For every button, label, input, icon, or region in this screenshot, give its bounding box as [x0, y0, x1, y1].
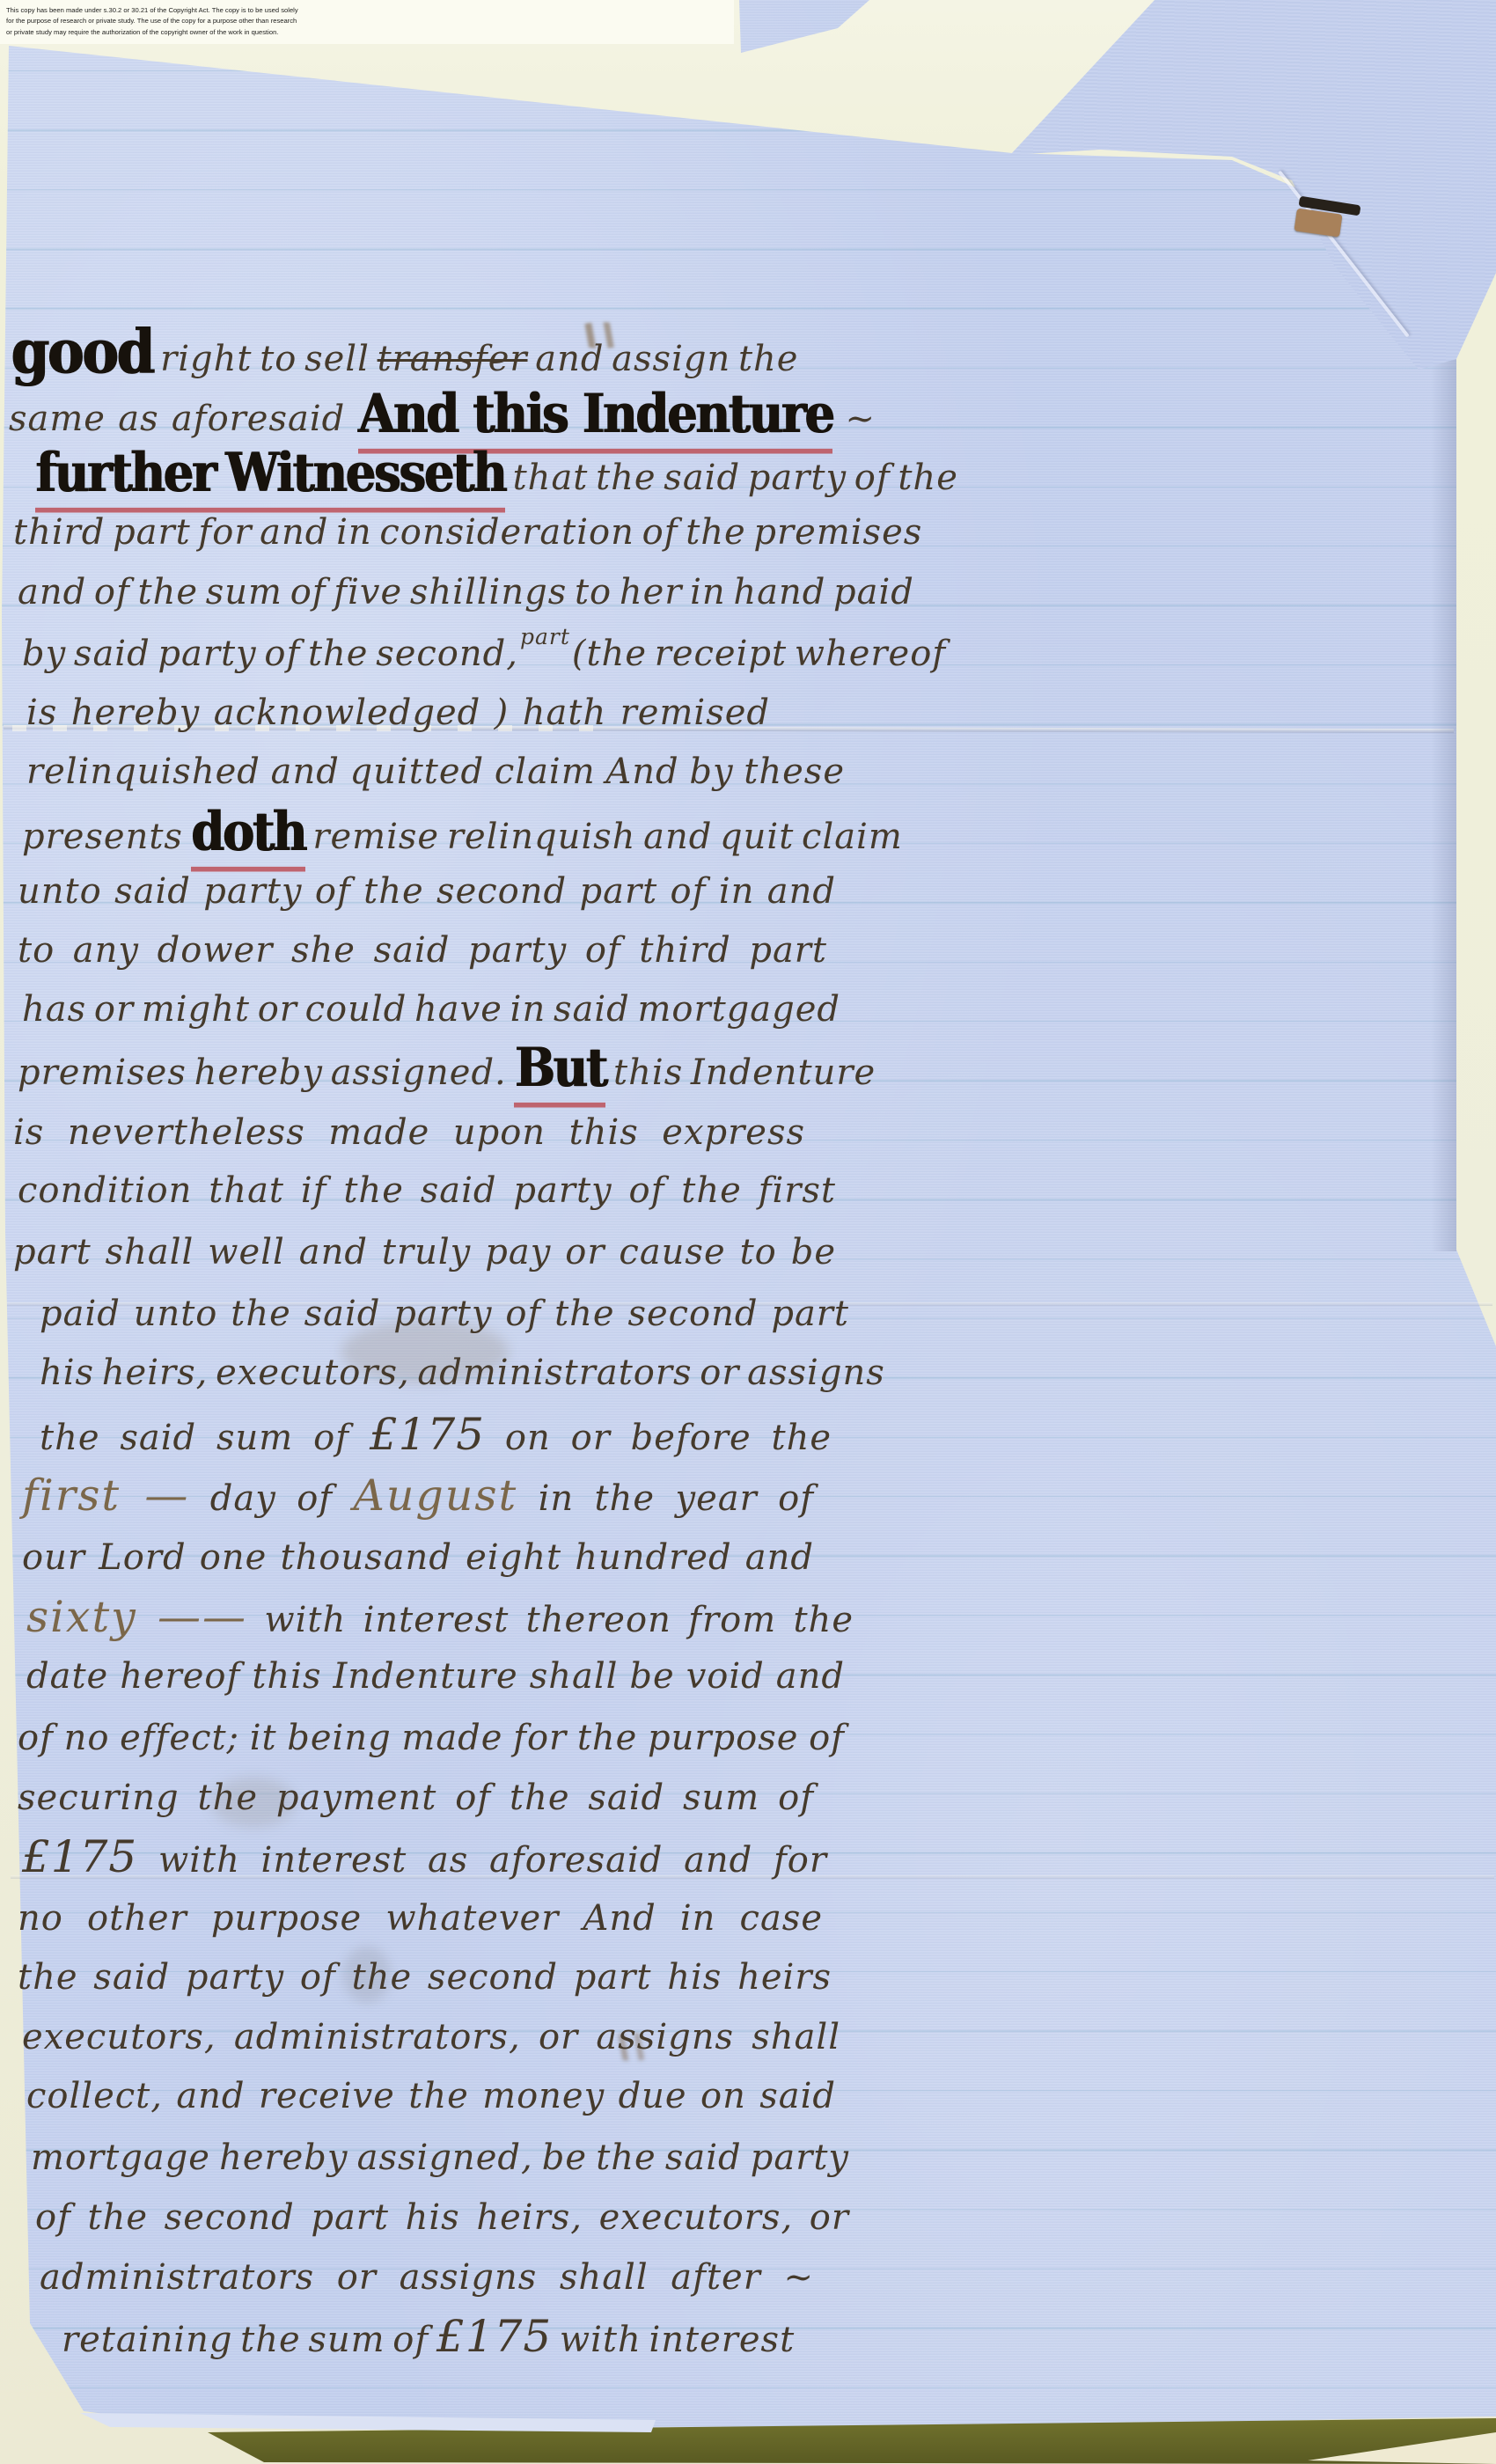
- handwritten-text: to any dower she said party of third par…: [18, 930, 827, 971]
- manuscript-line: collect, and receive the money due on sa…: [26, 2067, 836, 2125]
- handwritten-text: this Indenture: [605, 1052, 876, 1093]
- scanned-document-page: This copy has been made under s.30.2 or …: [0, 0, 1496, 2464]
- copyright-stamp-line: This copy has been made under s.30.2 or …: [6, 5, 358, 16]
- manuscript-line: further Witnesseth that the said party o…: [35, 444, 867, 502]
- handwritten-text: condition that if the said party of the …: [18, 1170, 836, 1211]
- handwritten-text: with interest thereon from the: [247, 1600, 854, 1640]
- manuscript-line: administrators or assigns shall after ~: [40, 2248, 814, 2306]
- handwritten-text: the said sum of: [40, 1418, 370, 1458]
- copyright-stamp-line: for the purpose of research or private s…: [6, 16, 358, 26]
- handwritten-text: paid unto the said party of the second p…: [40, 1294, 849, 1334]
- manuscript-line: third part for and in consideration of t…: [13, 503, 858, 561]
- handwritten-text: with interest as aforesaid and for: [137, 1840, 827, 1881]
- handwritten-text: part shall well and truly pay or cause t…: [13, 1232, 836, 1272]
- manuscript-line: part shall well and truly pay or cause t…: [13, 1223, 836, 1281]
- manuscript-line: is hereby acknowledged ) hath remised: [26, 684, 770, 742]
- handwritten-text: premises hereby assigned.: [18, 1052, 514, 1093]
- manuscript-line: same as aforesaid And this Indenture ~: [9, 385, 876, 443]
- handwritten-text: in the year of: [517, 1478, 814, 1519]
- manuscript-line: to any dower she said party of third par…: [18, 921, 827, 979]
- handwritten-text: (the receipt whereof: [572, 634, 946, 674]
- manuscript-line: date hereof this Indenture shall be void…: [26, 1647, 845, 1705]
- handwritten-text: is nevertheless made upon this express: [13, 1112, 805, 1153]
- manuscript-line: by said party of the second,part(the rec…: [22, 625, 858, 683]
- sum-amount: £175: [436, 2311, 552, 2362]
- filled-in-blank-text: August: [353, 1470, 517, 1521]
- handwritten-text: presents: [22, 817, 191, 857]
- manuscript-line: mortgage hereby assigned, be the said pa…: [31, 2129, 849, 2187]
- handwritten-text: same as aforesaid: [9, 399, 358, 439]
- handwritten-text: relinquished and quitted claim And by th…: [26, 752, 845, 792]
- manuscript-line: and of the sum of five shillings to her …: [18, 563, 858, 621]
- copyright-stamp-line: or private study may require the authori…: [6, 27, 358, 38]
- handwritten-text: has or might or could have in said mortg…: [22, 989, 840, 1030]
- manuscript-line: has or might or could have in said mortg…: [22, 980, 840, 1038]
- handwritten-text: administrators or assigns shall after ~: [40, 2257, 814, 2298]
- blackletter-phrase-underlined: further Witnesseth: [35, 440, 505, 513]
- handwritten-text: with interest: [552, 2320, 795, 2360]
- manuscript-line: premises hereby assigned. But this Inden…: [18, 1038, 867, 1096]
- manuscript-line: condition that if the said party of the …: [18, 1162, 836, 1220]
- struck-through-text: transfer: [378, 339, 528, 379]
- handwritten-text: no other purpose whatever And in case: [18, 1898, 823, 1939]
- manuscript-line: first — day of August in the year of: [22, 1467, 814, 1525]
- handwritten-text: third part for and in consideration of t…: [13, 512, 922, 553]
- handwritten-text: that the said party of the: [505, 458, 958, 498]
- handwritten-text: the said party of the second part his he…: [18, 1957, 832, 1998]
- page-right-edge-shading: [1431, 257, 1456, 1251]
- handwritten-text: of no effect; it being made for the purp…: [18, 1718, 845, 1758]
- manuscript-line: his heirs, executors, administrators or …: [40, 1344, 849, 1402]
- manuscript-line: good right to sell transfer and assign t…: [11, 323, 583, 381]
- inserted-superscript-word: part: [520, 608, 570, 666]
- blackletter-phrase-underlined: doth: [191, 799, 305, 872]
- handwritten-text: is hereby acknowledged ) hath remised: [26, 693, 770, 733]
- handwritten-text: retaining the sum of: [62, 2320, 436, 2360]
- manuscript-line: relinquished and quitted claim And by th…: [26, 743, 845, 801]
- manuscript-line: £175 with interest as aforesaid and for: [22, 1828, 827, 1886]
- handwritten-text: our Lord one thousand eight hundred and: [22, 1537, 814, 1578]
- handwritten-text: day of: [189, 1478, 353, 1519]
- blackletter-word: good: [11, 319, 152, 385]
- manuscript-line: executors, administrators, or assigns sh…: [22, 2008, 840, 2066]
- manuscript-line: the said party of the second part his he…: [18, 1948, 832, 2006]
- handwritten-text: ~: [832, 399, 876, 439]
- handwritten-text: on or before the: [485, 1418, 832, 1458]
- handwritten-text: securing the payment of the said sum of: [18, 1778, 814, 1818]
- handwritten-text: mortgage hereby assigned, be the said pa…: [31, 2138, 849, 2178]
- blackletter-phrase-underlined: But: [514, 1035, 605, 1108]
- manuscript-line: of the second part his heirs, executors,…: [35, 2189, 849, 2247]
- manuscript-line: retaining the sum of £175 with interest: [62, 2307, 792, 2365]
- handwritten-text: unto said party of the second part of in…: [18, 871, 836, 912]
- handwritten-text: of the second part his heirs, executors,…: [35, 2197, 849, 2238]
- manuscript-line: of no effect; it being made for the purp…: [18, 1709, 845, 1767]
- handwritten-text: and assign the: [528, 339, 799, 379]
- manuscript-line: securing the payment of the said sum of: [18, 1769, 814, 1827]
- sum-amount: £175: [370, 1409, 485, 1460]
- sum-amount: £175: [22, 1831, 137, 1882]
- handwritten-text: collect, and receive the money due on sa…: [26, 2076, 836, 2116]
- handwritten-text: date hereof this Indenture shall be void…: [26, 1656, 845, 1697]
- handwritten-text: remise relinquish and quit claim: [305, 817, 903, 857]
- manuscript-line: our Lord one thousand eight hundred and: [22, 1529, 814, 1587]
- manuscript-line: unto said party of the second part of in…: [18, 862, 836, 920]
- manuscript-line: is nevertheless made upon this express: [13, 1104, 805, 1162]
- copyright-stamp: This copy has been made under s.30.2 or …: [6, 5, 358, 38]
- handwritten-text: executors, administrators, or assigns sh…: [22, 2017, 840, 2057]
- handwritten-text: his heirs, executors, administrators or …: [40, 1353, 885, 1393]
- manuscript-line: no other purpose whatever And in case: [18, 1889, 823, 1947]
- handwritten-text: right to sell: [152, 339, 377, 379]
- manuscript-line: presents doth remise relinquish and quit…: [22, 803, 862, 861]
- manuscript-line: paid unto the said party of the second p…: [40, 1285, 849, 1343]
- manuscript-line: the said sum of £175 on or before the: [40, 1405, 832, 1463]
- handwritten-text: by said party of the second,: [22, 634, 518, 674]
- handwritten-text: and of the sum of five shillings to her …: [18, 572, 914, 612]
- manuscript-line: sixty —— with interest thereon from the: [26, 1588, 854, 1646]
- filled-in-blank-text: sixty ——: [26, 1592, 247, 1642]
- filled-in-blank-text: first —: [22, 1470, 189, 1521]
